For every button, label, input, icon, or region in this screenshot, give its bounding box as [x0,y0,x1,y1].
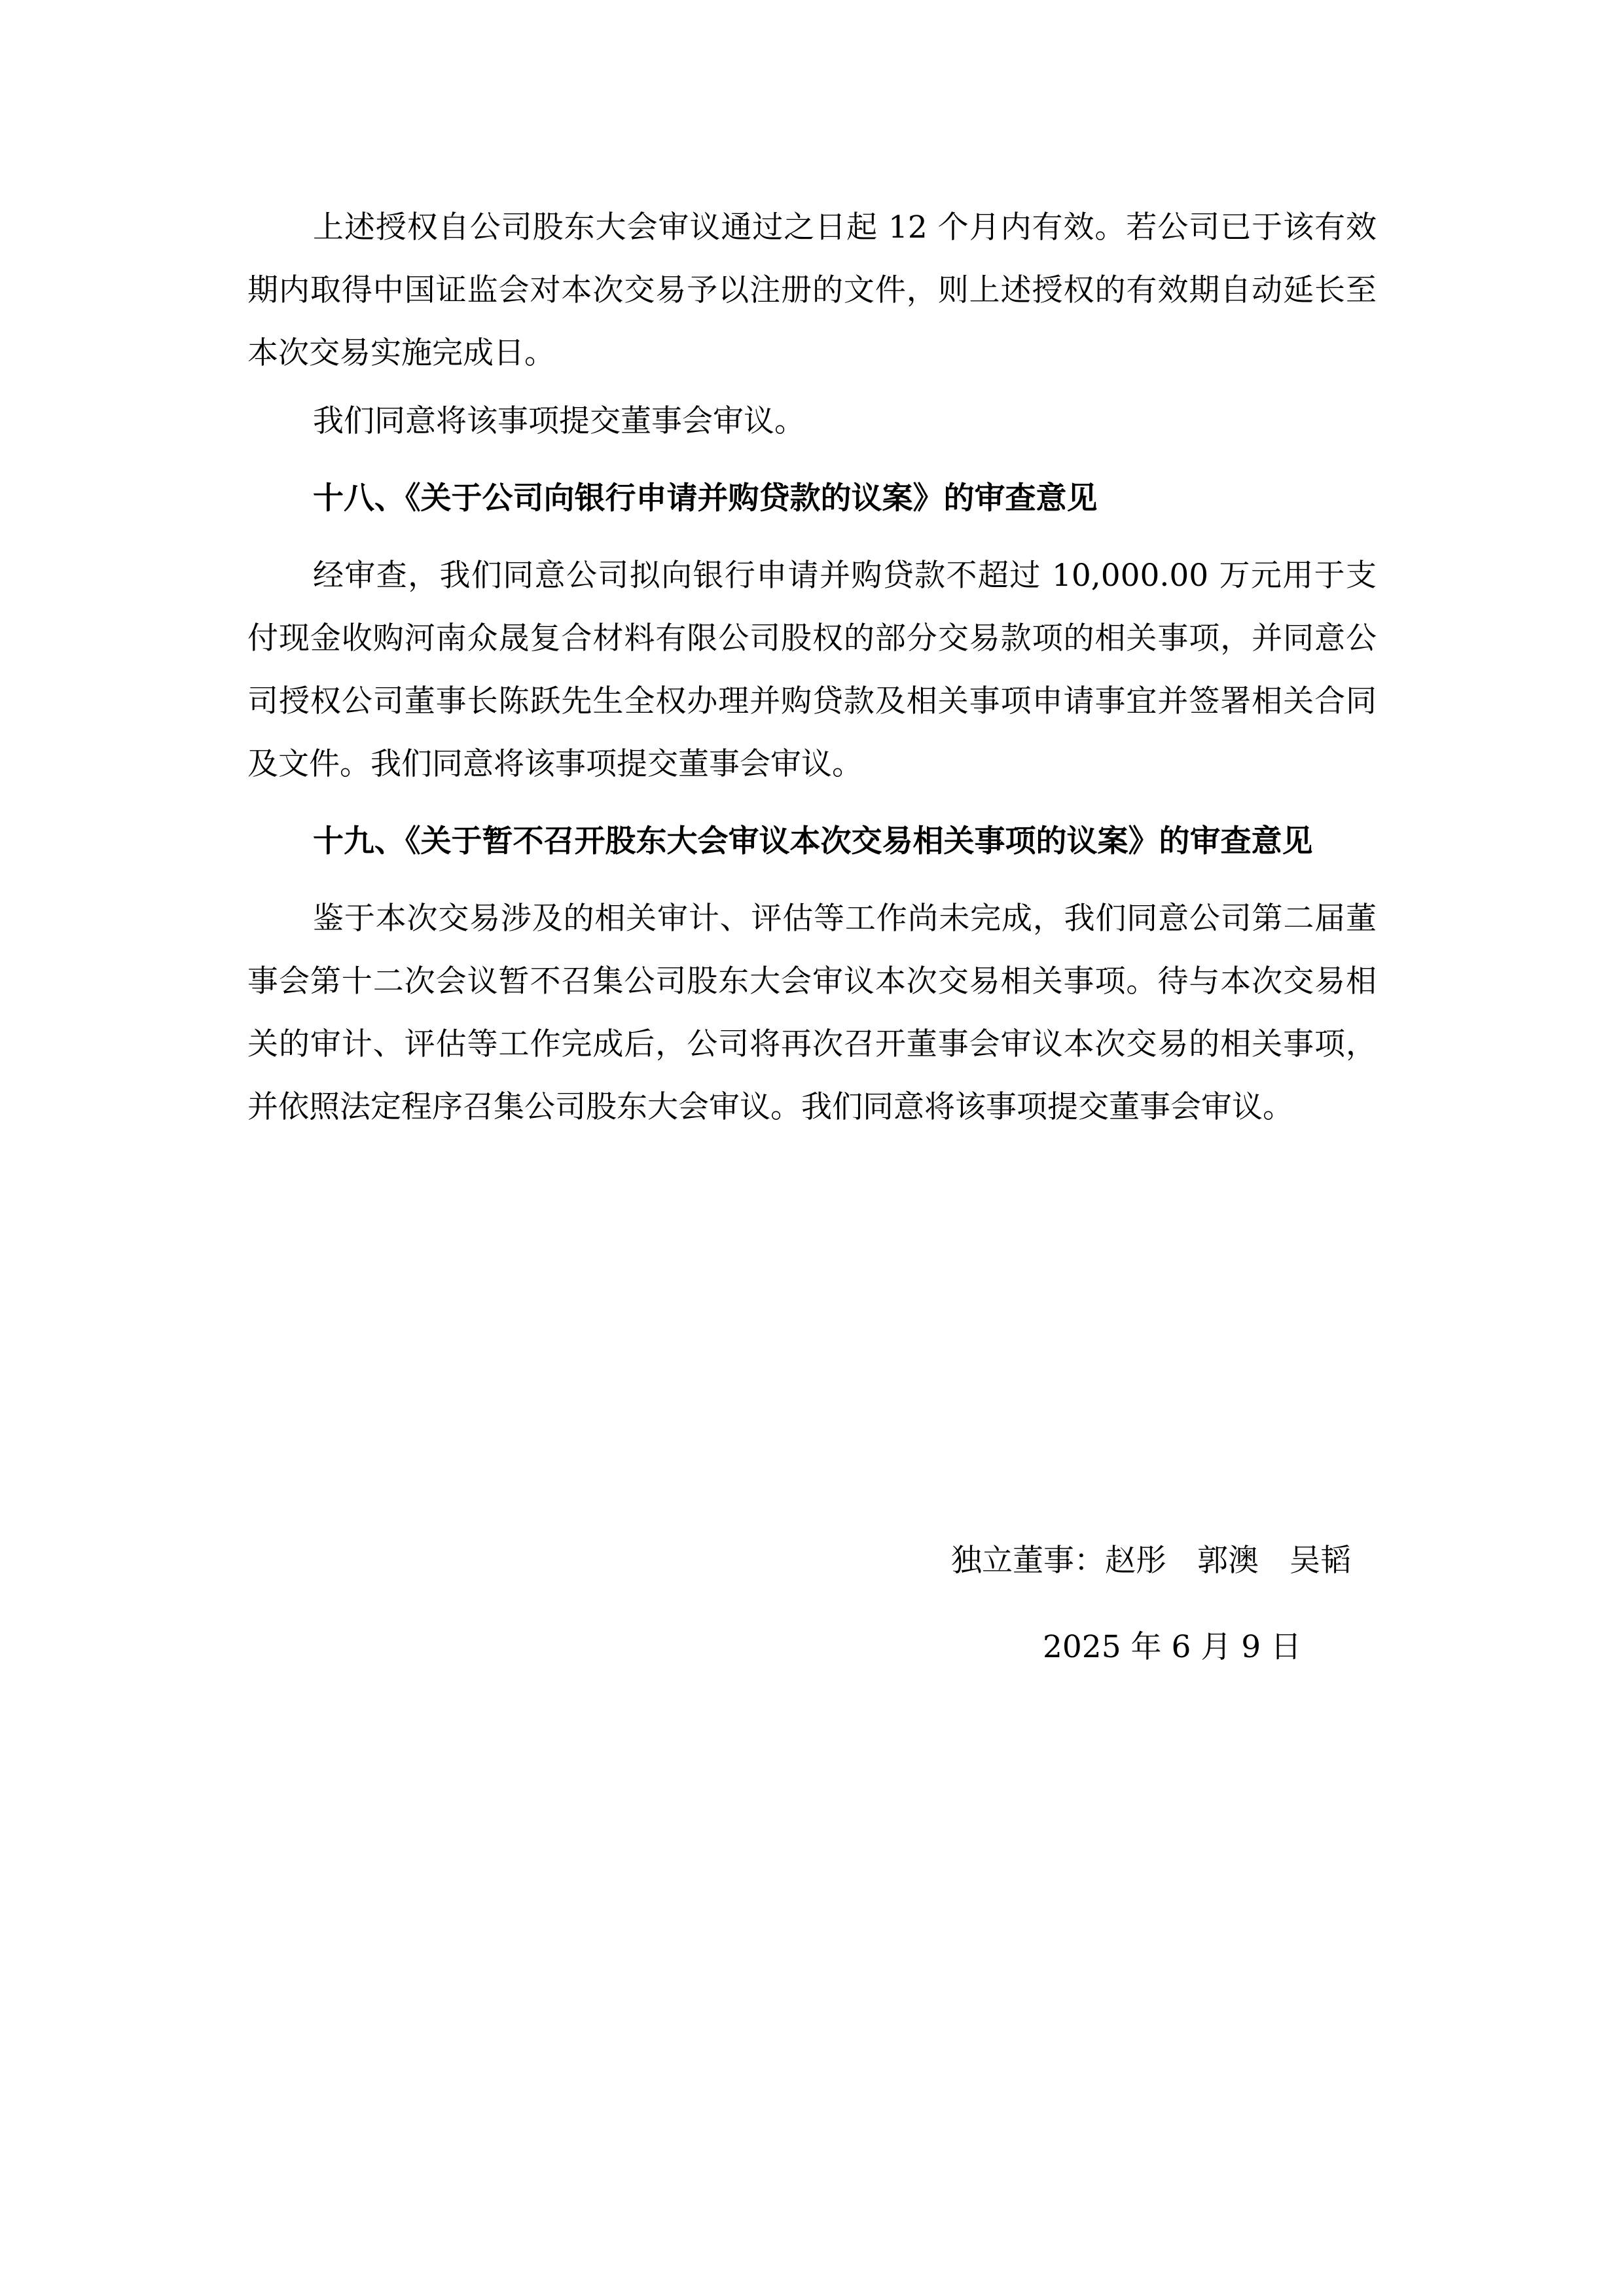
signature-directors: 独立董事：赵彤 郭澳 吴韬 [951,1541,1351,1581]
section-19-heading: 十九、《关于暂不召开股东大会审议本次交易相关事项的议案》的审查意见 [247,810,1377,873]
section-18-body: 经审查，我们同意公司拟向银行申请并购贷款不超过 10,000.00 万元用于支付… [247,545,1377,796]
submit-to-board-paragraph: 我们同意将该事项提交董事会审议。 [247,390,1377,453]
document-body: 上述授权自公司股东大会审议通过之日起 12 个月内有效。若公司已于该有效期内取得… [247,196,1377,1144]
authorization-validity-paragraph: 上述授权自公司股东大会审议通过之日起 12 个月内有效。若公司已于该有效期内取得… [247,196,1377,385]
signature-date: 2025 年 6 月 9 日 [1043,1628,1301,1667]
section-18-heading: 十八、《关于公司向银行申请并购贷款的议案》的审查意见 [247,467,1377,530]
section-19-body: 鉴于本次交易涉及的相关审计、评估等工作尚未完成，我们同意公司第二届董事会第十二次… [247,888,1377,1139]
